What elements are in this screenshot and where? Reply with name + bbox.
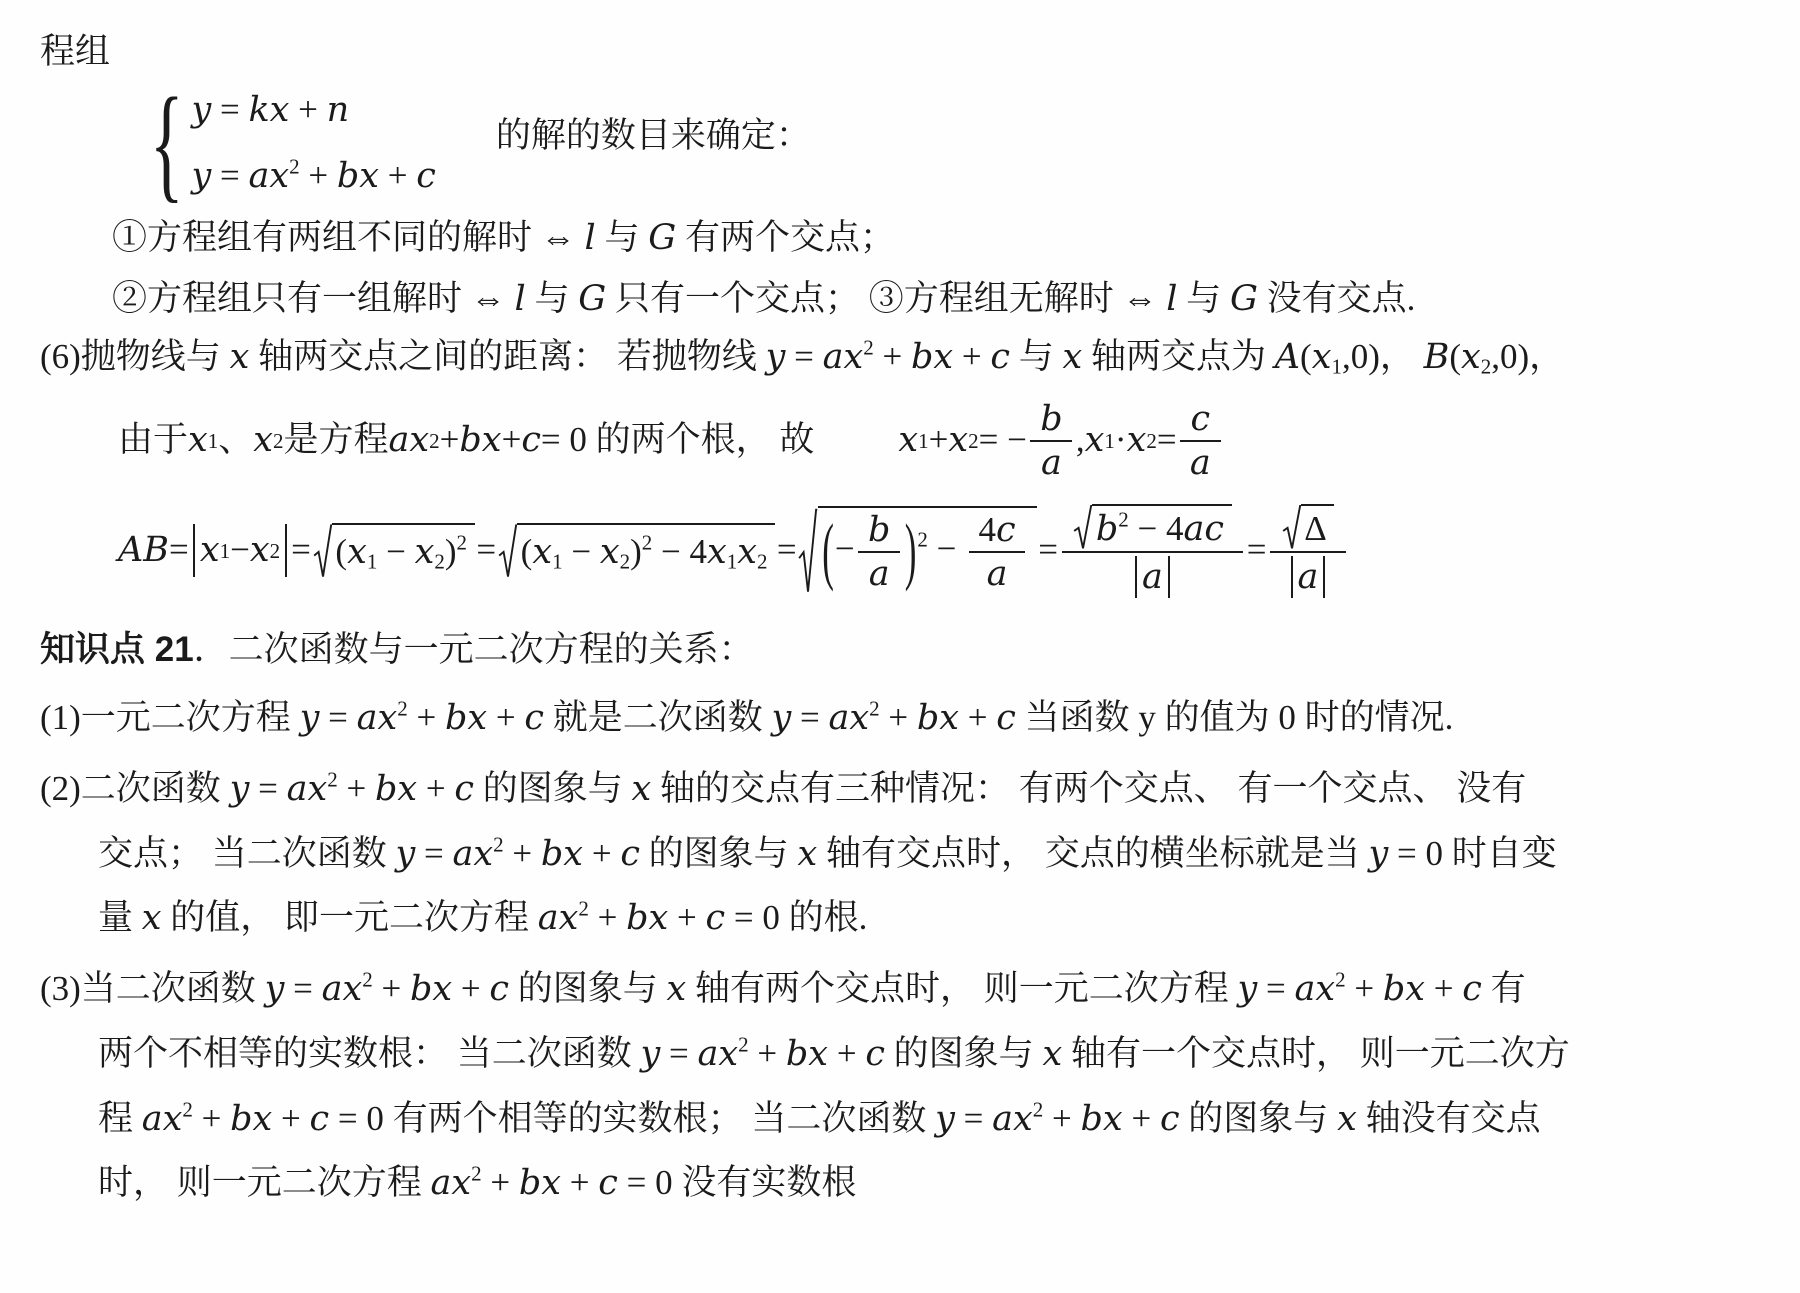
line-item-2-row-1: (2)二次函数 y = ax2 + bx + c 的图象与 x 轴的交点有三种情… bbox=[40, 757, 1774, 822]
line-item-3-row-2: 两个不相等的实数根： 当二次函数 y = ax2 + bx + c 的图象与 x… bbox=[98, 1022, 1774, 1087]
left-brace: { bbox=[150, 83, 184, 205]
system-block: { y = kx + n y = ax2 + bx + c 的解的数目来确定： bbox=[136, 83, 1774, 205]
line-item-1: (1)一元二次方程 y = ax2 + bx + c 就是二次函数 y = ax… bbox=[40, 686, 1774, 751]
line-vieta-formulas: 由于 x1、 x2 是方程 ax2 + bx + c = 0 的两个根， 故x1… bbox=[118, 398, 1774, 484]
line-ab-distance-formula: AB = x1 − x2 = (x1 − x2)2 = (x1 − x2)2 −… bbox=[118, 504, 1774, 598]
line-item-2-row-3: 量 x 的值， 即一元二次方程 ax2 + bx + c = 0 的根. bbox=[98, 886, 1774, 951]
line-solution-case-1: ①方程组有两组不同的解时 ⇔ l 与 G 有两个交点； bbox=[112, 212, 1774, 265]
line-item-3-row-3: 程 ax2 + bx + c = 0 有两个相等的实数根； 当二次函数 y = … bbox=[98, 1087, 1774, 1152]
line-item-3-row-4: 时， 则一元二次方程 ax2 + bx + c = 0 没有实数根 bbox=[98, 1151, 1774, 1216]
system-equations: y = kx + n y = ax2 + bx + c bbox=[191, 84, 435, 203]
heading-knowledge-point-21: 知识点 21．二次函数与一元二次方程的关系： bbox=[40, 624, 1774, 677]
line-item-6: (6)抛物线与 x 轴两交点之间的距离： 若抛物线 y = ax2 + bx +… bbox=[40, 331, 1774, 384]
line-chengzu: 程组 bbox=[40, 26, 1774, 79]
system-eq-2: y = ax2 + bx + c bbox=[191, 150, 435, 203]
system-eq-1: y = kx + n bbox=[191, 84, 435, 137]
system-caption: 的解的数目来确定： bbox=[496, 110, 811, 163]
page: 程组 { y = kx + n y = ax2 + bx + c 的解的数目来确… bbox=[0, 0, 1800, 1293]
line-solution-cases-2-3: ②方程组只有一组解时 ⇔ l 与 G 只有一个交点； ③方程组无解时 ⇔ l 与… bbox=[112, 273, 1774, 326]
line-item-2-row-2: 交点； 当二次函数 y = ax2 + bx + c 的图象与 x 轴有交点时，… bbox=[98, 822, 1774, 887]
line-item-3-row-1: (3)当二次函数 y = ax2 + bx + c 的图象与 x 轴有两个交点时… bbox=[40, 957, 1774, 1022]
